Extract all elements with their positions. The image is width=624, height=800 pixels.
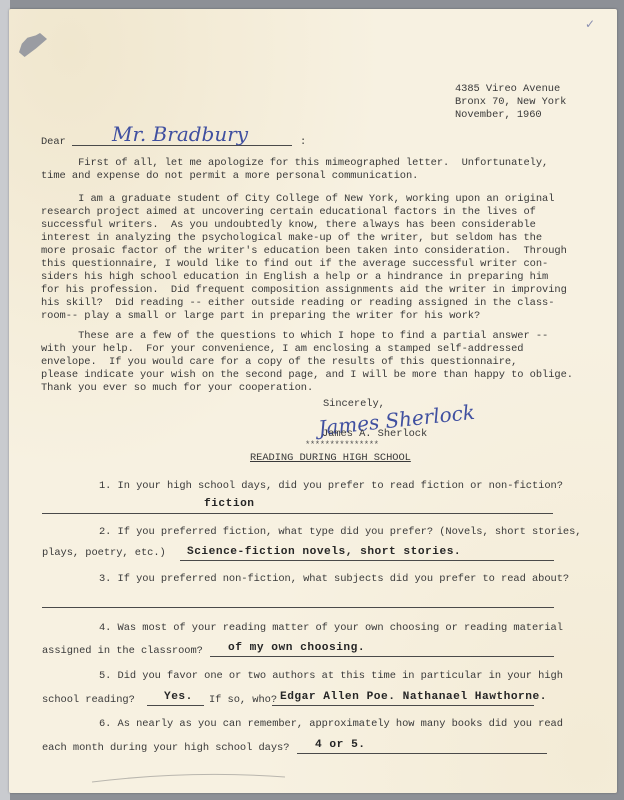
paragraph-2-line: his skill? Did reading -- either outside… bbox=[41, 297, 554, 310]
paragraph-2-line: room-- play a small or large part in pre… bbox=[41, 310, 480, 323]
paragraph-1-line: time and expense do not permit a more pe… bbox=[41, 170, 418, 183]
paragraph-2-line: I am a graduate student of City College … bbox=[41, 193, 554, 206]
paragraph-1-line: First of all, let me apologize for this … bbox=[41, 157, 548, 170]
answer-line-2 bbox=[180, 560, 554, 561]
question-2-line-2: plays, poetry, etc.) bbox=[42, 547, 166, 560]
paragraph-2-line: for his profession. Did frequent composi… bbox=[41, 284, 567, 297]
question-4-line-1: 4. Was most of your reading matter of yo… bbox=[99, 622, 563, 635]
address-date: November, 1960 bbox=[455, 109, 542, 122]
salutation-colon: : bbox=[300, 136, 306, 149]
answer-6: 4 or 5. bbox=[315, 739, 366, 751]
paragraph-3-line: These are a few of the questions to whic… bbox=[41, 330, 548, 343]
address-line-1: 4385 Vireo Avenue bbox=[455, 83, 560, 96]
answer-5: Yes. bbox=[164, 691, 193, 703]
separator-stars: *************** bbox=[305, 440, 379, 450]
question-5-line-1: 5. Did you favor one or two authors at t… bbox=[99, 670, 563, 683]
handwritten-recipient-name: Mr. Bradbury bbox=[112, 122, 248, 146]
answer-line-6 bbox=[297, 753, 547, 754]
question-3: 3. If you preferred non-fiction, what su… bbox=[99, 573, 569, 586]
answer-4: of my own choosing. bbox=[228, 642, 365, 654]
answer-line-3 bbox=[42, 607, 554, 608]
salutation-label: Dear bbox=[41, 136, 66, 149]
paragraph-3-line: with your help. For your convenience, I … bbox=[41, 343, 523, 356]
checkmark-icon: ✓ bbox=[585, 17, 595, 31]
question-2-line-1: 2. If you preferred fiction, what type d… bbox=[99, 526, 581, 539]
question-1: 1. In your high school days, did you pre… bbox=[99, 480, 563, 493]
question-6-line-2: each month during your high school days? bbox=[42, 742, 289, 755]
answer-line-1 bbox=[42, 513, 553, 514]
answer-5-followup: Edgar Allen Poe. Nathanael Hawthorne. bbox=[280, 691, 547, 703]
paragraph-2-line: more prosaic factor of the writer's educ… bbox=[41, 245, 567, 258]
answer-line-5-followup bbox=[272, 705, 534, 706]
paragraph-2-line: research project aimed at uncovering cer… bbox=[41, 206, 536, 219]
paragraph-3-line: please indicate your wish on the second … bbox=[41, 369, 573, 382]
question-5-line-2: school reading? bbox=[42, 694, 135, 707]
pencil-mark bbox=[90, 765, 290, 785]
paragraph-3-line: Thank you ever so much for your cooperat… bbox=[41, 382, 313, 395]
paragraph-3-line: envelope. If you would care for a copy o… bbox=[41, 356, 517, 369]
question-6-line-1: 6. As nearly as you can remember, approx… bbox=[99, 718, 563, 731]
answer-2: Science-fiction novels, short stories. bbox=[187, 546, 461, 558]
answer-line-4 bbox=[210, 656, 554, 657]
section-title: READING DURING HIGH SCHOOL bbox=[250, 452, 411, 465]
paragraph-2-line: interest in analyzing the psychological … bbox=[41, 232, 542, 245]
question-5-followup-label: If so, who? bbox=[209, 694, 277, 707]
answer-line-5 bbox=[147, 705, 204, 706]
paragraph-2-line: successful writers. As you undoubtedly k… bbox=[41, 219, 536, 232]
paragraph-2-line: this questionnaire, I would like to find… bbox=[41, 258, 548, 271]
address-line-2: Bronx 70, New York bbox=[455, 96, 566, 109]
answer-1: fiction bbox=[204, 498, 255, 510]
question-4-line-2: assigned in the classroom? bbox=[42, 645, 203, 658]
paragraph-2-line: siders his high school education in Engl… bbox=[41, 271, 548, 284]
